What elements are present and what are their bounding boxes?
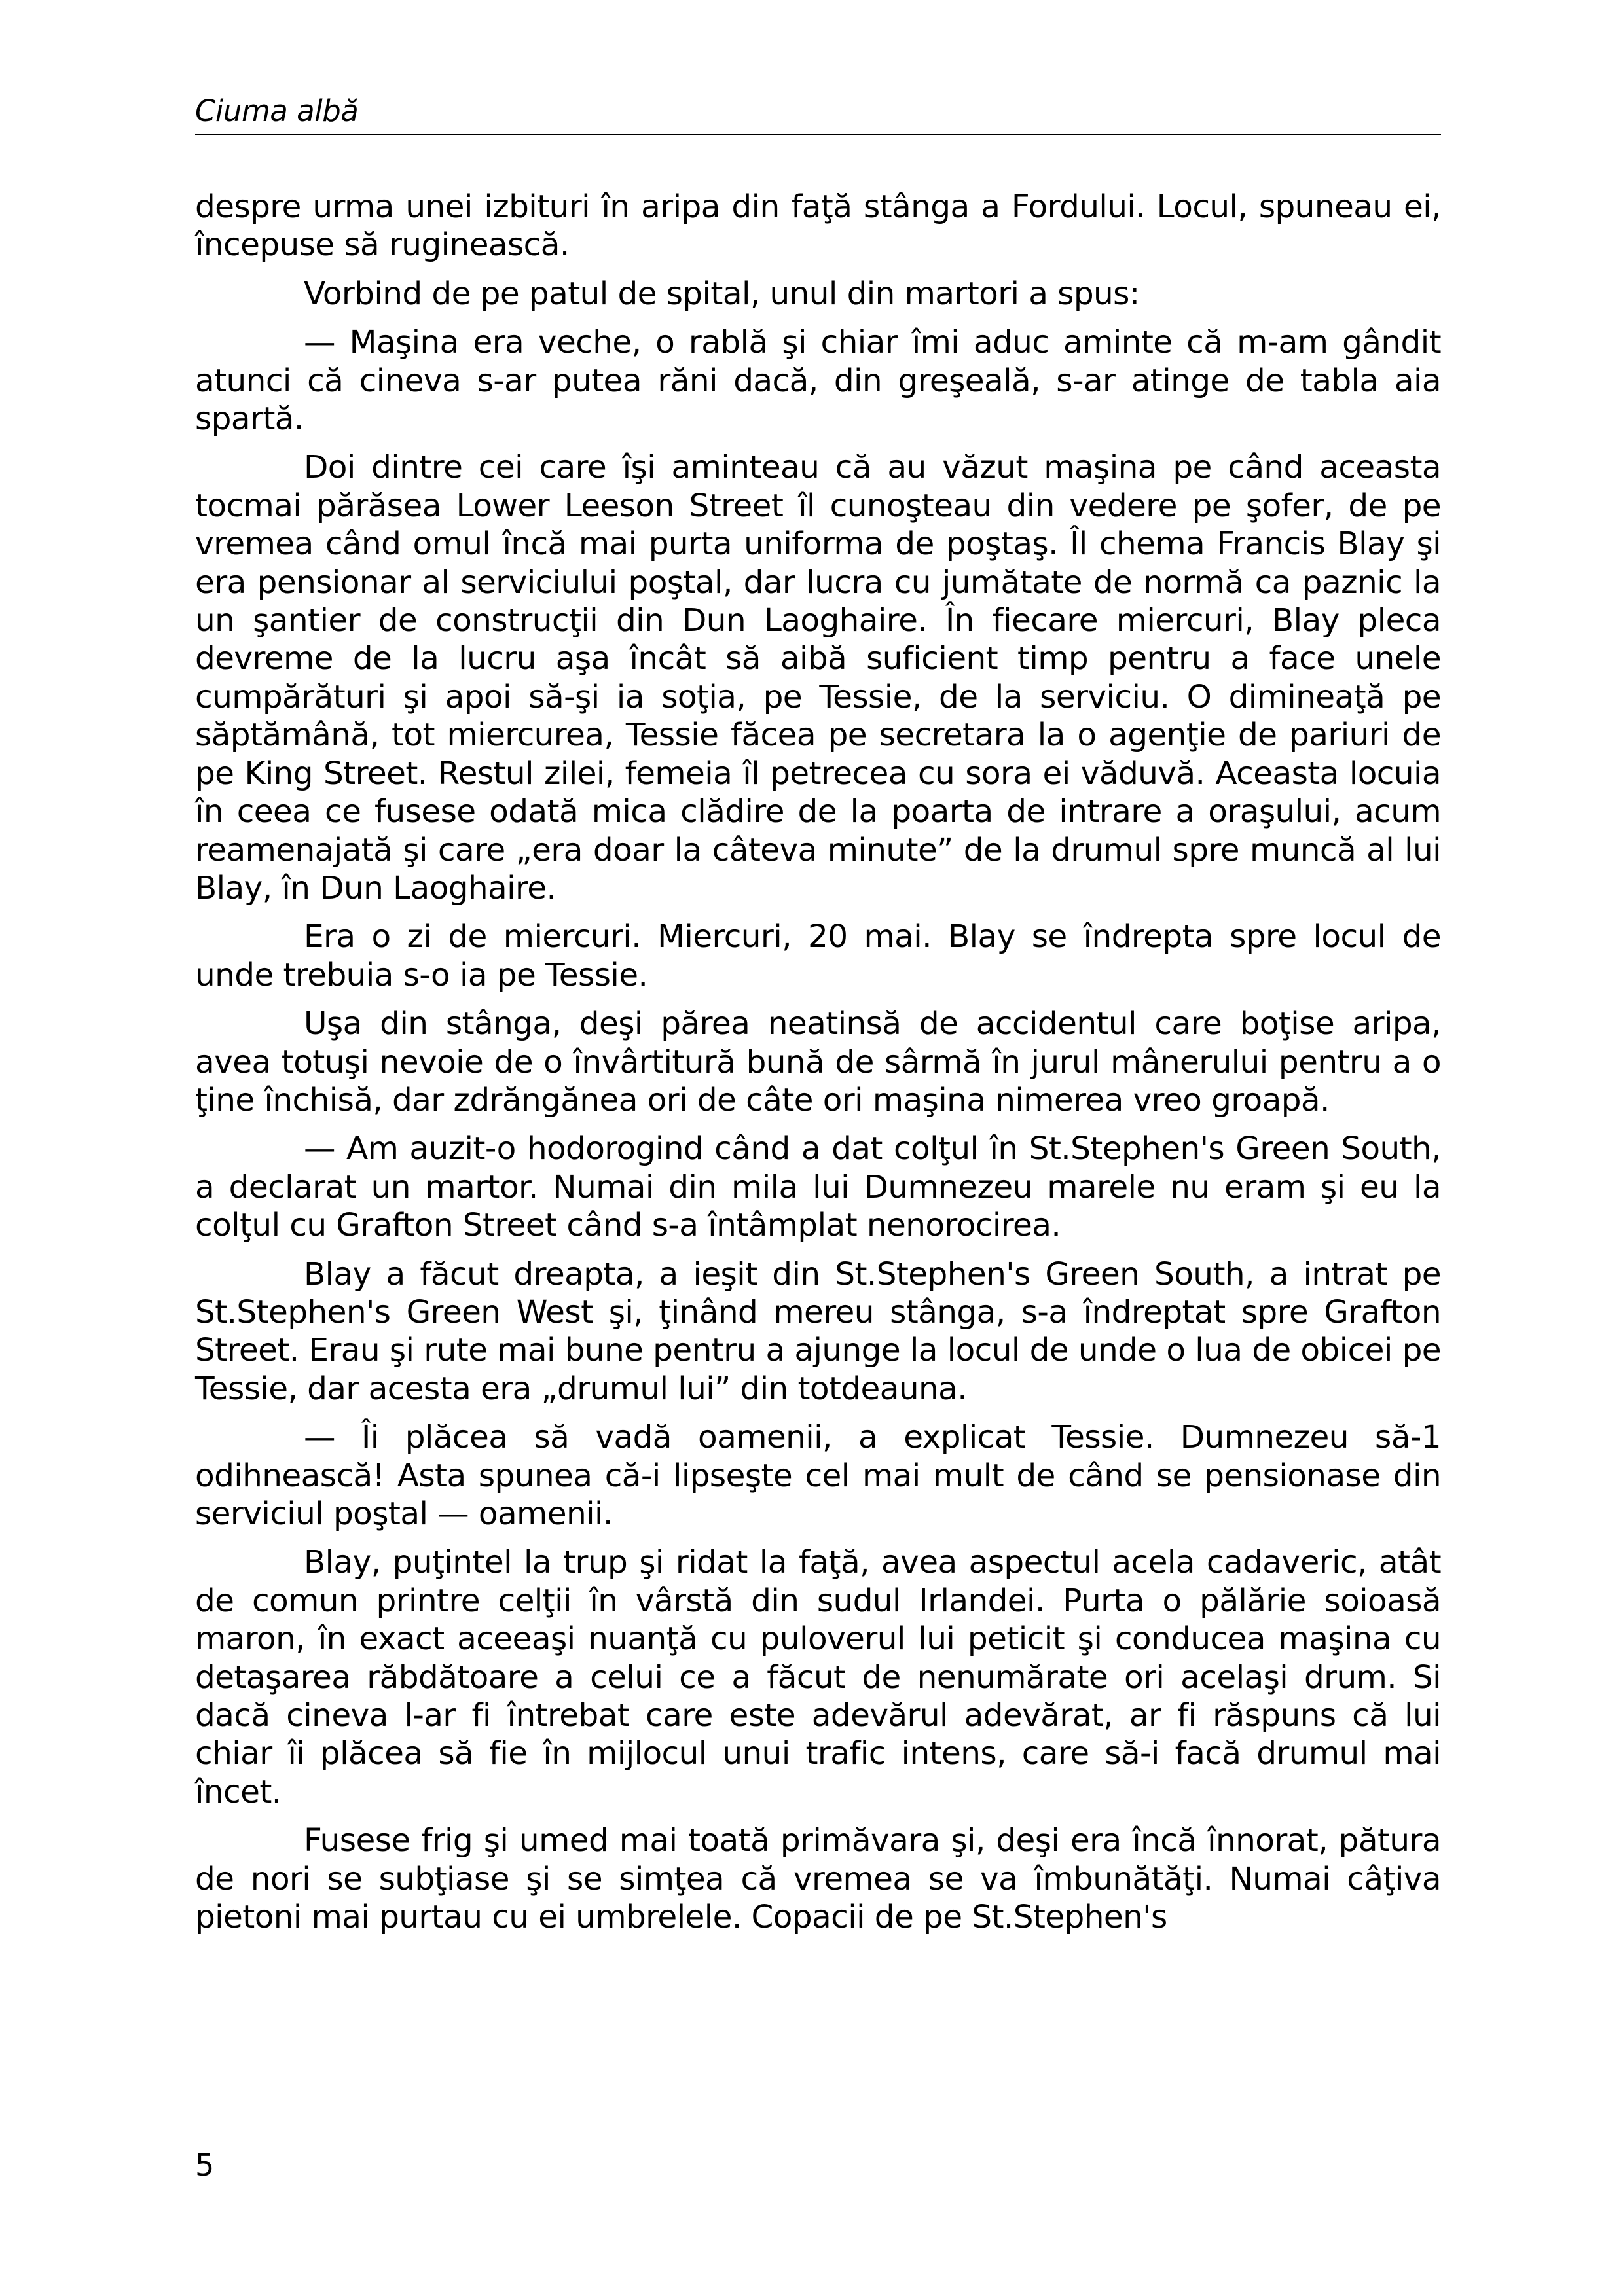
running-header-title: Ciuma albă <box>195 93 1441 130</box>
paragraph-dialogue: — Maşina era veche, o rablă şi chiar îmi… <box>195 323 1441 438</box>
paragraph: Blay a făcut dreapta, a ieşit din St.Ste… <box>195 1255 1441 1408</box>
paragraph: Fusese frig şi umed mai toată primăvara … <box>195 1821 1441 1936</box>
page-number: 5 <box>195 2147 214 2183</box>
paragraph: Vorbind de pe patul de spital, unul din … <box>195 275 1441 313</box>
paragraph-dialogue: — Am auzit-o hodorogind când a dat colţu… <box>195 1130 1441 1244</box>
paragraph: Doi dintre cei care îşi aminteau că au v… <box>195 448 1441 907</box>
header-rule-divider <box>195 134 1441 135</box>
paragraph: Era o zi de miercuri. Miercuri, 20 mai. … <box>195 918 1441 994</box>
paragraph: Blay, puţintel la trup şi ridat la faţă,… <box>195 1543 1441 1811</box>
paragraph: despre urma unei izbituri în aripa din f… <box>195 188 1441 264</box>
paragraph-dialogue: — Îi plăcea să vadă oamenii, a explicat … <box>195 1418 1441 1533</box>
paragraph: Uşa din stânga, deşi părea neatinsă de a… <box>195 1005 1441 1119</box>
body-text: despre urma unei izbituri în aripa din f… <box>195 188 1441 1946</box>
document-page: Ciuma albă despre urma unei izbituri în … <box>195 0 1441 2296</box>
